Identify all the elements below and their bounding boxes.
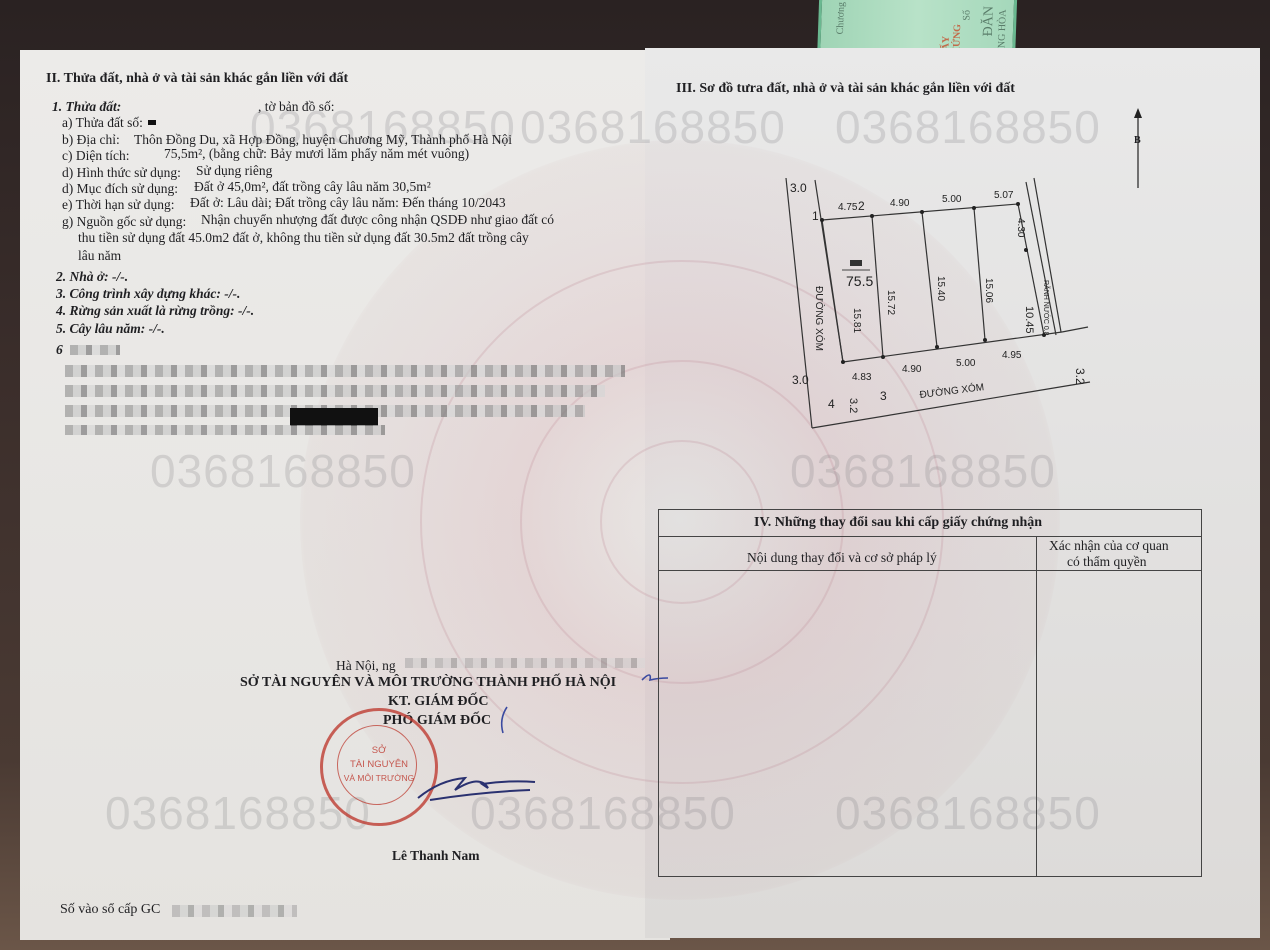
road-width: 3.0 (792, 373, 809, 387)
road-width: 3.0 (790, 181, 807, 195)
section-title-iii: III. Sơ đồ tưra đất, nhà ở và tài sản kh… (676, 81, 1015, 97)
bottom-edge-length: 4.95 (1002, 350, 1022, 361)
usage-origin-label: g) Nguồn gốc sử dụng: (62, 214, 186, 230)
parcel-number-label: a) Thửa đất số: (62, 115, 143, 131)
redacted-register-number (172, 905, 297, 917)
watermark: 0368168850 (520, 100, 786, 154)
green-card-text: Số (961, 10, 972, 21)
changes-col-confirmation: Xác nhận của cơ quan (1049, 538, 1169, 554)
road-name: ĐƯỜNG XÓM (919, 380, 985, 401)
usage-purpose-value: Đất ở 45,0m², đất trồng cây lâu năm 30,5… (194, 179, 431, 195)
parcel-area: 75.5 (846, 273, 873, 289)
side-length: 15.81 (851, 308, 862, 333)
parcel-diagram: 75.53.012344.754.905.005.074.834.905.004… (770, 170, 1110, 440)
changes-table: IV. Những thay đổi sau khi cấp giấy chứn… (658, 509, 1202, 877)
parcel-number-redacted (148, 120, 156, 125)
signer-role-1: KT. GIÁM ĐỐC (388, 694, 488, 710)
ditch-label: RÃNH NƯỚC 0.8 (1042, 280, 1051, 336)
bottom-edge-length: 4.83 (852, 372, 872, 383)
top-edge-length: 5.07 (994, 190, 1014, 201)
redacted-text (65, 385, 605, 397)
usage-form-label: d) Hình thức sử dụng: (62, 165, 181, 181)
usage-origin-value: Nhận chuyển nhượng đất được công nhận QS… (201, 212, 554, 228)
north-arrow-icon (1128, 108, 1148, 190)
side-length: 15.72 (885, 290, 896, 315)
redacted-text (65, 425, 385, 435)
usage-form-value: Sử dụng riêng (196, 163, 272, 179)
register-number-label: Số vào sổ cấp GC (60, 902, 160, 918)
redacted-text (70, 345, 120, 355)
handwritten-signature (410, 760, 540, 810)
green-card-text: ĐĂN (981, 6, 998, 36)
parcel-heading: 1. Thửa đất: (52, 99, 121, 115)
section-title-ii: II. Thửa đất, nhà ở và tài sản khác gắn … (46, 71, 348, 87)
top-edge-length: 4.75 (838, 202, 858, 213)
usage-origin-cont: lâu năm (78, 248, 121, 264)
item-house: 2. Nhà ở: -/-. (56, 269, 128, 285)
side-length: 15.06 (983, 278, 994, 303)
road-name: ĐƯỜNG XÓM (813, 286, 826, 351)
redacted-date (405, 658, 645, 668)
top-edge-length: 5.00 (942, 194, 962, 205)
right-edge-length: 4.30 (1015, 218, 1026, 238)
stamp-text: SỞ (323, 745, 435, 756)
issuing-authority: SỞ TÀI NGUYÊN VÀ MÔI TRƯỜNG THÀNH PHỐ HÀ… (240, 675, 616, 691)
map-sheet-label: , tờ bản đồ số: (258, 99, 335, 115)
changes-table-title: IV. Những thay đổi sau khi cấp giấy chứn… (754, 515, 1042, 531)
area-value: 75,5m², (bằng chữ: Bảy mươi lăm phẩy năm… (164, 146, 469, 162)
signer-name: Lê Thanh Nam (392, 848, 480, 864)
bottom-edge-length: 5.00 (956, 358, 976, 369)
watermark: 0368168850 (150, 444, 416, 498)
road-width: 3.2 (1073, 368, 1087, 385)
point-label: 3 (880, 389, 887, 403)
watermark: 0368168850 (835, 100, 1101, 154)
right-edge-length: 10.45 (1023, 306, 1035, 334)
point-label: 4 (828, 397, 835, 411)
side-length: 15.40 (935, 276, 946, 301)
top-edge-length: 4.90 (890, 198, 910, 209)
address-label: b) Địa chỉ: (62, 132, 120, 148)
north-label: B (1134, 133, 1141, 149)
green-card-text: Chương (835, 2, 847, 34)
item-perennial-trees: 5. Cây lâu năm: -/-. (56, 321, 165, 337)
item-other-construction: 3. Công trình xây dựng khác: -/-. (56, 286, 240, 302)
redacted-block (290, 408, 378, 426)
usage-term-value: Đất ở: Lâu dài; Đất trồng cây lâu năm: Đ… (190, 195, 506, 211)
blue-pen-mark (495, 705, 515, 735)
redacted-text (65, 365, 625, 377)
area-label: c) Diện tích: (62, 148, 129, 164)
item-6-number: 6 (56, 342, 63, 358)
usage-term-label: e) Thời hạn sử dụng: (62, 197, 174, 213)
place-date: Hà Nội, ng (336, 658, 396, 674)
usage-purpose-label: d) Mục đích sử dụng: (62, 181, 178, 197)
changes-col-content: Nội dung thay đổi và cơ sở pháp lý (747, 550, 937, 566)
item-production-forest: 4. Rừng sản xuất là rừng trồng: -/-. (56, 303, 254, 319)
point-label: 1 (812, 209, 819, 223)
point-label: 2 (858, 199, 865, 213)
road-width: 3.2 (847, 398, 859, 413)
bottom-edge-length: 4.90 (902, 364, 922, 375)
usage-origin-cont: thu tiền sử dụng đất 45.0m2 đất ở, không… (78, 230, 529, 246)
changes-col-confirmation-2: có thẩm quyền (1067, 554, 1146, 570)
watermark: 0368168850 (790, 444, 1056, 498)
